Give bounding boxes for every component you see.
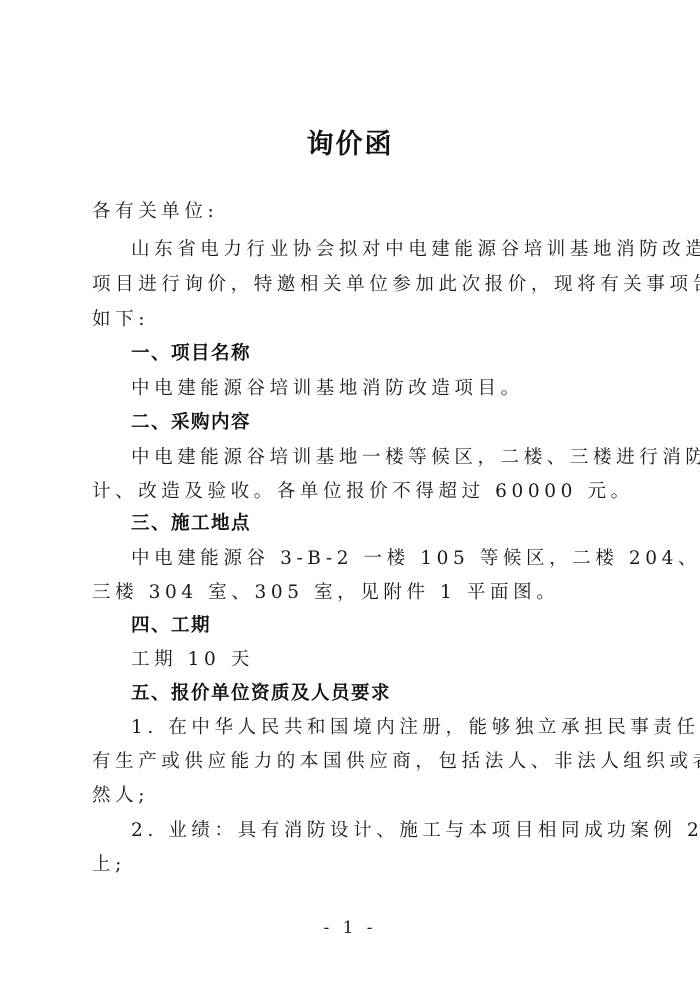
section-text: 工期 10 天 (131, 647, 651, 673)
section-text: 中电建能源谷 3-B-2 一楼 105 等候区，二楼 204、205 室， (131, 546, 651, 572)
section-heading-duration: 四、工期 (131, 613, 651, 639)
salutation: 各有关单位: (92, 199, 612, 225)
section-text: 中电建能源谷培训基地消防改造项目。 (131, 376, 651, 402)
section-text: 三楼 304 室、305 室，见附件 1 平面图。 (92, 580, 612, 606)
section-text: 有生产或供应能力的本国供应商，包括法人、非法人组织或者自 (92, 749, 612, 775)
intro-line-3: 如下: (92, 307, 612, 333)
document-page: 询价函 各有关单位: 山东省电力行业协会拟对中电建能源谷培训基地消防改造 项目进… (0, 0, 700, 990)
section-text: 上; (92, 852, 612, 878)
page-number: - 1 - (0, 918, 700, 938)
section-heading-procurement: 二、采购内容 (131, 410, 651, 436)
section-text: 1. 在中华人民共和国境内注册，能够独立承担民事责任，具 (131, 715, 651, 741)
section-text: 2. 业绩：具有消防设计、施工与本项目相同成功案例 2 个以 (131, 818, 651, 844)
section-heading-qualifications: 五、报价单位资质及人员要求 (131, 681, 651, 707)
intro-line-2: 项目进行询价，特邀相关单位参加此次报价，现将有关事项告知 (92, 272, 612, 298)
section-heading-location: 三、施工地点 (131, 511, 651, 537)
section-text: 计、改造及验收。各单位报价不得超过 60000 元。 (92, 479, 612, 505)
document-title: 询价函 (0, 122, 700, 161)
section-text: 然人; (92, 783, 612, 809)
section-heading-project-name: 一、项目名称 (131, 341, 651, 367)
intro-line-1: 山东省电力行业协会拟对中电建能源谷培训基地消防改造 (131, 237, 651, 263)
section-text: 中电建能源谷培训基地一楼等候区，二楼、三楼进行消防设 (131, 445, 651, 471)
